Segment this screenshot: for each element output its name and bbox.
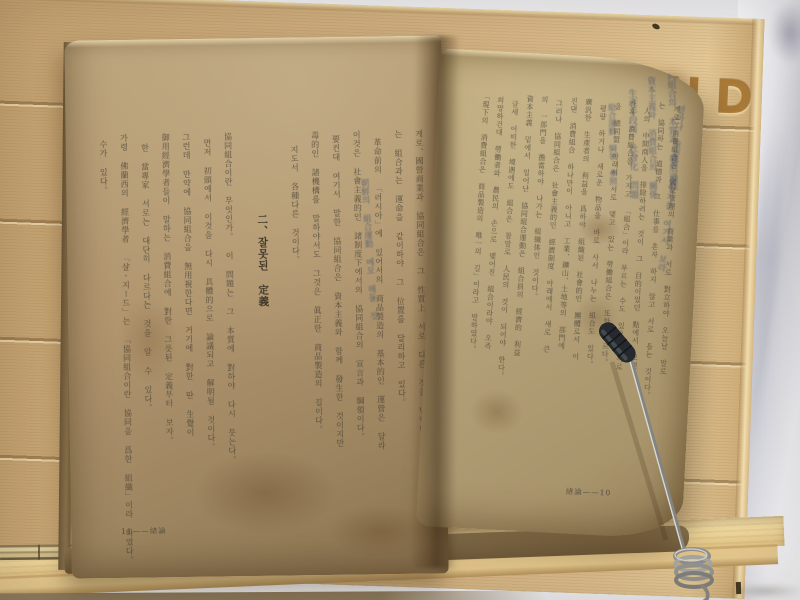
panel-top-edge bbox=[0, 0, 765, 25]
text-column: 要컨대 여기서 말한 協同組合은 資本主義와 함께 發生한 것이지만 bbox=[331, 131, 344, 448]
text-column: 지도서 各種다른 것이다。 bbox=[289, 131, 300, 264]
text-column: 가령 佛蘭西의 經濟學者 「샬ㆍ지ー드」는 「協同組合이란 協同을 爲한 組織」… bbox=[119, 134, 134, 565]
text-column: 수가 있다。 bbox=[98, 134, 108, 195]
right-page-footer: 緖論——10 bbox=[565, 486, 611, 499]
text-column: 먼저 初頭에서 이것을 다시 具體的으로 論議되고 解明될 것이다。 bbox=[202, 133, 215, 452]
text-column: 그런데 만약에 協同組合을 無用視한다면 거기에 對한 딴 生覺이 bbox=[181, 133, 194, 437]
text-column: 協同組合이란 무엇인가。 이 問題는 그 本質에 對하야 다시 뭇는다。 bbox=[223, 132, 236, 464]
book-left-page: 게로、國營商業과 協同組合은 그 性質上 서로 다른 것을 말한다。는 組合과는… bbox=[64, 35, 448, 578]
text-column: 는 組合과는 運命을 같이하야 그 位置를 달리하고 있다。 bbox=[393, 130, 406, 407]
text-column: 毒的인 諸機構를 말하야서도 그것은 眞正한 商品製造의 길이다。 bbox=[310, 131, 323, 434]
text-column: 生產手段의 社會化 問題 bbox=[626, 63, 637, 199]
left-page-text-columns: 게로、國營商業과 協同組合은 그 性質上 서로 다른 것을 말한다。는 組合과는… bbox=[102, 130, 429, 536]
text-column: 御用經濟學者들이 말하는 消費組合에 對한 그릇된 定義부터 보자。 bbox=[160, 133, 173, 445]
text-column: 이것은 社會主義的인 諸制度下에서의 協同組合의 宣言과 綱領이다。 bbox=[351, 131, 364, 442]
left-page-footer: 11——緖論 bbox=[121, 525, 167, 537]
text-column: 組合運動 綱領 參照 bbox=[607, 63, 617, 185]
base-slot bbox=[736, 582, 741, 594]
book-gutter-shadow bbox=[410, 36, 461, 568]
text-column: 二、잘못된 定義 bbox=[254, 132, 268, 308]
wall-shadow-smudge bbox=[760, 0, 800, 78]
text-column: 資本主義와 消費組合의 關係 bbox=[646, 62, 657, 198]
text-column: 한 當專家 서로는 대단히 다르다는 것을 알 수 있다。 bbox=[139, 133, 152, 412]
photo-book-on-stand: BOOK STAND is 게로、國營商業과 協同組合은 그 性質上 서로 다른… bbox=[0, 0, 800, 600]
